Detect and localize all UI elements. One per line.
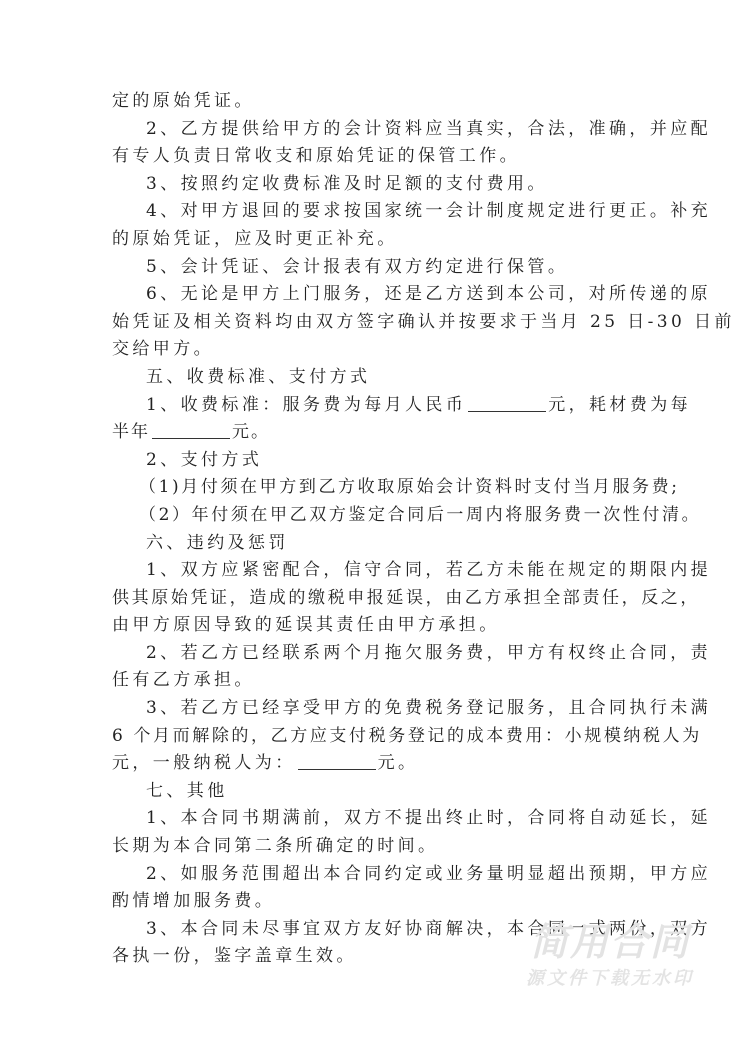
text-line: 6、无论是甲方上门服务，还是乙方送到本公司，对所传递的原: [112, 281, 632, 309]
watermark: 简用合同 源文件下载无水印: [510, 920, 710, 994]
monthly-fee-blank: [468, 393, 546, 412]
text-line: 由甲方原因导致的延误其责任由甲方承担。: [112, 612, 632, 640]
text-line: 1、本合同书期满前，双方不提出终止时，合同将自动延长，延: [112, 805, 632, 833]
payment-option-monthly: （1)月付须在甲方到乙方收取原始会计资料时支付当月服务费;: [112, 474, 632, 502]
fee-text: 元，一般纳税人为：: [112, 753, 296, 773]
text-line: 3、若乙方已经享受甲方的免费税务登记服务，且合同执行未满: [112, 695, 632, 723]
section-heading-fees: 五、收费标准、支付方式: [112, 364, 632, 392]
text-line: 任有乙方承担。: [112, 667, 632, 695]
text-line: 的原始凭证，应及时更正补充。: [112, 226, 632, 254]
text-line: 2、如服务范围超出本合同约定或业务量明显超出预期，甲方应: [112, 861, 632, 889]
material-fee-blank: [152, 420, 230, 439]
text-line: 有专人负责日常收支和原始凭证的保管工作。: [112, 143, 632, 171]
text-line: 交给甲方。: [112, 336, 632, 364]
text-line: 1、双方应紧密配合，信守合同，若乙方未能在规定的期限内提: [112, 557, 632, 585]
payment-method-heading: 2、支付方式: [112, 447, 632, 475]
fee-standard-line: 1、收费标准：服务费为每月人民币元，耗材费为每: [112, 392, 632, 420]
section-heading-breach: 六、违约及惩罚: [112, 530, 632, 558]
payment-option-yearly: （2）年付须在甲乙双方鉴定合同后一周内将服务费一次性付清。: [112, 502, 632, 530]
text-line: 3、按照约定收费标准及时足额的支付费用。: [112, 171, 632, 199]
document-page: 定的原始凭证。 2、乙方提供给甲方的会计资料应当真实，合法，准确，并应配 有专人…: [112, 88, 632, 971]
text-line: 4、对甲方退回的要求按国家统一会计制度规定进行更正。补充: [112, 198, 632, 226]
text-line: 2、若乙方已经联系两个月拖欠服务费，甲方有权终止合同，责: [112, 640, 632, 668]
text-line: 酌情增加服务费。: [112, 888, 632, 916]
text-line: 2、乙方提供给甲方的会计资料应当真实，合法，准确，并应配: [112, 116, 632, 144]
text-line: 5、会计凭证、会计报表有双方约定进行保管。: [112, 254, 632, 282]
fee-text: 1、收费标准：服务费为每月人民币: [146, 395, 466, 415]
fee-standard-line: 半年元。: [112, 419, 632, 447]
watermark-title: 简用合同: [510, 920, 710, 964]
fee-text: 元，耗材费为每: [548, 395, 691, 415]
text-line: 始凭证及相关资料均由双方签字确认并按要求于当月 25 日-30 日前: [112, 309, 632, 337]
section-heading-other: 七、其他: [112, 778, 632, 806]
tax-fee-line: 元，一般纳税人为：元。: [112, 750, 632, 778]
watermark-subtitle: 源文件下载无水印: [510, 964, 710, 994]
text-line: 定的原始凭证。: [112, 88, 632, 116]
fee-text: 半年: [112, 422, 150, 442]
fee-text: 元。: [232, 422, 270, 442]
fee-text: 元。: [378, 753, 419, 773]
general-taxpayer-fee-blank: [298, 751, 376, 770]
text-line: 供其原始凭证，造成的缴税申报延误，由乙方承担全部责任，反之，: [112, 585, 632, 613]
text-line: 6 个月而解除的，乙方应支付税务登记的成本费用：小规模纳税人为: [112, 723, 632, 751]
text-line: 长期为本合同第二条所确定的时间。: [112, 833, 632, 861]
